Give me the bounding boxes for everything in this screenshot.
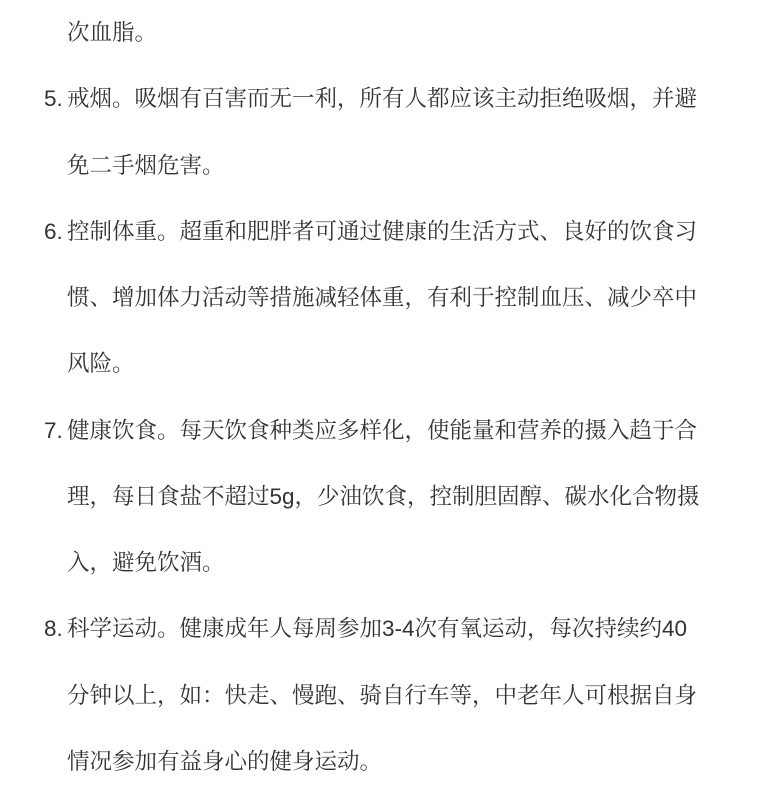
document-viewport: { "page": { "background_color": "#ffffff… [0,0,781,795]
list-item-line: 5.戒烟。吸烟有百害而无一利，所有人都应该主动拒绝吸烟，并避 [0,66,781,132]
paragraph-continuation-line: 次血脂。 [0,0,781,66]
list-item-7: 7.健康饮食。每天饮食种类应多样化，使能量和营养的摄入趋于合 理，每日食盐不超过… [0,398,781,597]
list-item-line: 7.健康饮食。每天饮食种类应多样化，使能量和营养的摄入趋于合 [0,398,781,464]
list-item-line: 免二手烟危害。 [0,133,781,199]
list-item-8: 8.科学运动。健康成年人每周参加3-4次有氧运动，每次持续约40 分钟以上，如：… [0,596,781,795]
item-number: 8. [44,596,67,662]
item-text: 控制体重。超重和肥胖者可通过健康的生活方式、良好的饮食习 [67,219,697,244]
list-item-line: 入，避免饮酒。 [0,530,781,596]
item-text: 健康饮食。每天饮食种类应多样化，使能量和营养的摄入趋于合 [67,418,697,443]
list-item-line: 8.科学运动。健康成年人每周参加3-4次有氧运动，每次持续约40 [0,596,781,662]
item-text: 科学运动。健康成年人每周参加3-4次有氧运动，每次持续约40 [67,616,687,641]
item-number: 7. [44,398,67,464]
list-item-line: 6.控制体重。超重和肥胖者可通过健康的生活方式、良好的饮食习 [0,199,781,265]
item-number: 6. [44,199,67,265]
item-text: 戒烟。吸烟有百害而无一利，所有人都应该主动拒绝吸烟，并避 [67,86,697,111]
document-page: 次血脂。 5.戒烟。吸烟有百害而无一利，所有人都应该主动拒绝吸烟，并避 免二手烟… [0,0,781,795]
list-item-line: 风险。 [0,331,781,397]
list-item-line: 情况参加有益身心的健身运动。 [0,729,781,795]
list-item-6: 6.控制体重。超重和肥胖者可通过健康的生活方式、良好的饮食习 惯、增加体力活动等… [0,199,781,398]
list-item-line: 惯、增加体力活动等措施减轻体重，有利于控制血压、减少卒中 [0,265,781,331]
list-item-5: 5.戒烟。吸烟有百害而无一利，所有人都应该主动拒绝吸烟，并避 免二手烟危害。 [0,66,781,199]
item-number: 5. [44,66,67,132]
list-item-line: 分钟以上，如：快走、慢跑、骑自行车等，中老年人可根据自身 [0,663,781,729]
list-item-line: 理，每日食盐不超过5g，少油饮食，控制胆固醇、碳水化合物摄 [0,464,781,530]
